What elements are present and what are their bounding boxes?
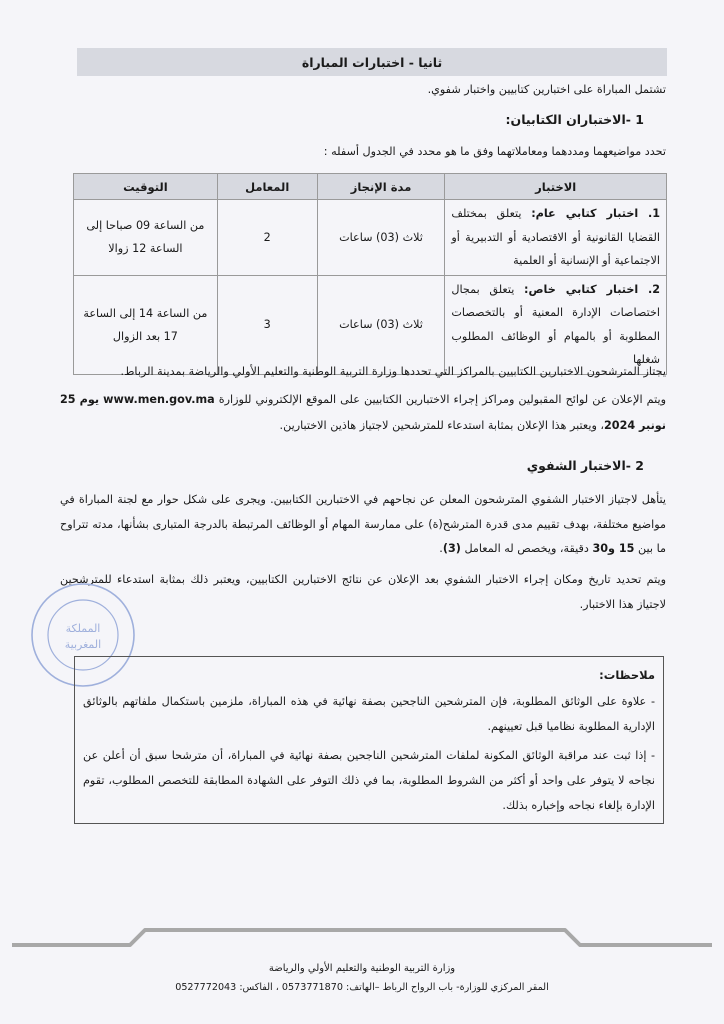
section-title: ثانيا - اختبارات المباراة — [302, 55, 442, 70]
column-header-test: الاختبار — [445, 174, 667, 200]
announcement-day-label: يوم — [80, 393, 99, 406]
written-announcement-paragraph: ويتم الإعلان عن لوائح المقبولين ومراكز إ… — [60, 387, 666, 439]
column-header-duration: مدة الإنجاز — [317, 174, 445, 200]
test-number: 2. — [648, 283, 660, 296]
stamp-center-line-2: المغربية — [65, 638, 101, 651]
oral-test-paragraph: يتأهل لاجتياز الاختبار الشفوي المترشحون … — [60, 488, 666, 562]
intro-paragraph: تشتمل المباراة على اختبارين كتابيين واخت… — [66, 78, 666, 102]
duration-cell: ثلاث (03) ساعات — [317, 200, 445, 276]
column-header-timing: التوقيت — [74, 174, 218, 200]
column-header-coefficient: المعامل — [217, 174, 317, 200]
oral-schedule-paragraph: ويتم تحديد تاريخ ومكان إجراء الاختبار ال… — [60, 567, 666, 617]
ministry-website-link[interactable]: www.men.gov.ma — [103, 393, 215, 406]
test-name: اختبار كتابي خاص: — [524, 283, 638, 296]
timing-line-1: من الساعة 09 صباحا إلى — [74, 214, 217, 237]
document-page: ثانيا - اختبارات المباراة تشتمل المباراة… — [0, 0, 724, 1024]
timing-line-1: من الساعة 14 إلى الساعة — [74, 302, 217, 325]
footer-ministry-name: وزارة التربية الوطنية والتعليم الأولي وا… — [0, 963, 724, 974]
note-item: - علاوة على الوثائق المطلوبة، فإن المترش… — [83, 689, 655, 739]
oral-coefficient: (3) — [443, 542, 461, 555]
announcement-text: ويتم الإعلان عن لوائح المقبولين ومراكز إ… — [219, 393, 666, 406]
table-row: 1. اختبار كتابي عام: يتعلق بمختلف القضاي… — [74, 200, 667, 276]
footer-divider — [0, 920, 724, 960]
oral-duration-range: 15 و30 — [592, 542, 634, 555]
table-header-row: الاختبار مدة الإنجاز المعامل التوقيت — [74, 174, 667, 200]
footer-address: المقر المركزي للوزارة- باب الرواح الرباط… — [0, 982, 724, 993]
announcement-text-end: ، ويعتبر هذا الإعلان بمثابة استدعاء للمت… — [280, 419, 605, 432]
coefficient-cell: 2 — [217, 200, 317, 276]
stamp-ring-text: وزارة التربية الوطنية والتعليم الأولي وا… — [28, 580, 31, 582]
oral-description-cont: دقيقة، ويخصص له المعامل — [464, 542, 588, 555]
test-name: اختبار كتابي عام: — [531, 207, 638, 220]
note-item: - إذا ثبت عند مراقبة الوثائق المكونة لمل… — [83, 743, 655, 818]
written-tests-lead: تحدد مواضيعهما ومددهما ومعاملاتهما وفق م… — [66, 140, 666, 164]
timing-cell: من الساعة 09 صباحا إلى الساعة 12 زوالا — [74, 200, 218, 276]
written-centers-paragraph: يجتاز المترشحون الاختبارين الكتابيين بال… — [60, 360, 666, 384]
timing-line-2: الساعة 12 زوالا — [74, 237, 217, 260]
test-description-cell: 1. اختبار كتابي عام: يتعلق بمختلف القضاي… — [445, 200, 667, 276]
timing-line-2: 17 بعد الزوال — [74, 325, 217, 348]
tests-table: الاختبار مدة الإنجاز المعامل التوقيت 1. … — [73, 173, 667, 375]
notes-box: ملاحظات: - علاوة على الوثائق المطلوبة، ف… — [74, 656, 664, 824]
stamp-center-line-1: المملكة — [66, 622, 101, 635]
test-number: 1. — [648, 207, 660, 220]
svg-text:وزارة التربية الوطنية والتعليم: وزارة التربية الوطنية والتعليم الأولي وا… — [28, 580, 31, 582]
notes-title: ملاحظات: — [83, 663, 655, 687]
oral-test-heading: 2 -الاختبار الشفوي — [527, 455, 644, 477]
written-tests-heading: 1 -الاختباران الكتابيان: — [506, 109, 644, 131]
section-title-bar: ثانيا - اختبارات المباراة — [77, 48, 667, 76]
